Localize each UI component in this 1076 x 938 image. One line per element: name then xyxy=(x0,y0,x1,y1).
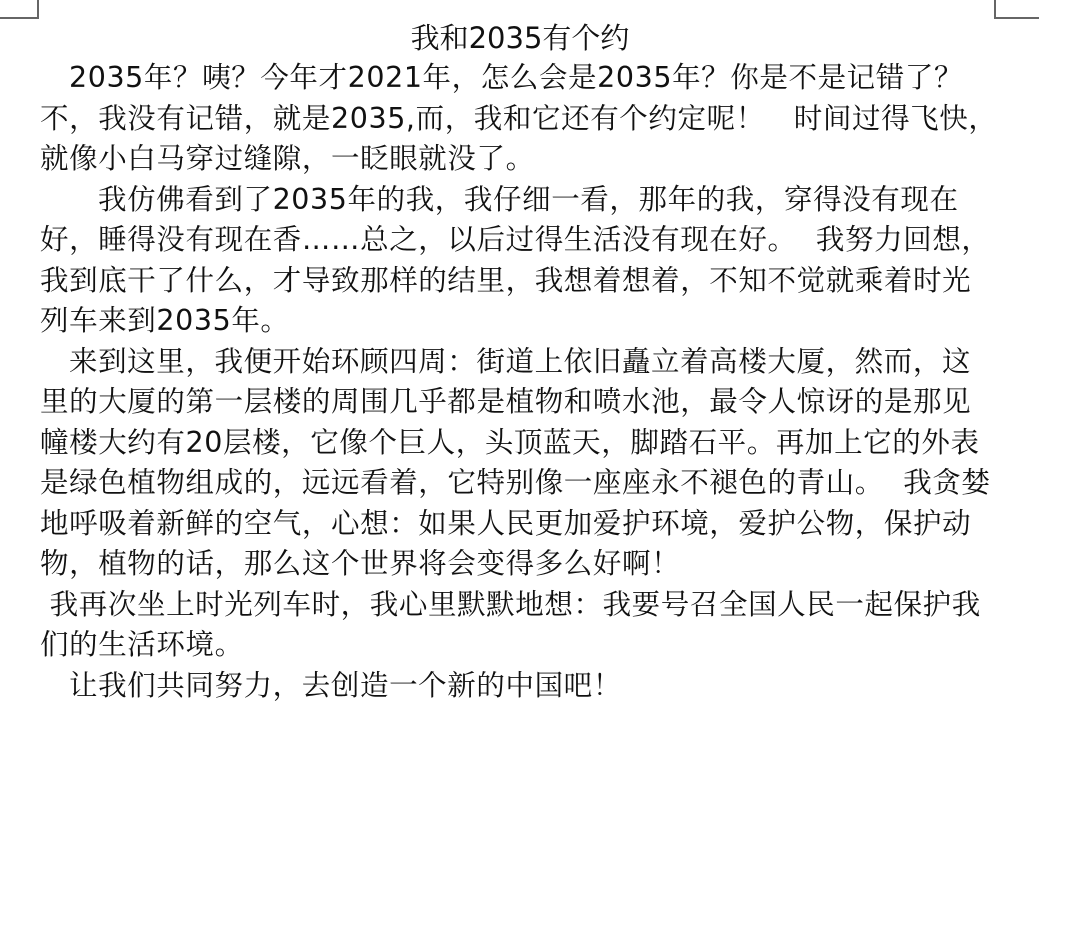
page-corner-mark-left xyxy=(0,0,39,19)
paragraph-2: 我仿佛看到了2035年的我，我仔细一看，那年的我，穿得没有现在好，睡得没有现在香… xyxy=(40,180,1000,342)
paragraph-5: 让我们共同努力，去创造一个新的中国吧！ xyxy=(40,666,1000,707)
paragraph-4: 我再次坐上时光列车时，我心里默默地想：我要号召全国人民一起保护我们的生活环境。 xyxy=(40,585,1000,666)
page-corner-mark-right xyxy=(994,0,1039,19)
paragraph-1: 2035年？咦？今年才2021年，怎么会是2035年？你是不是记错了？不，我没有… xyxy=(40,58,1000,180)
document-title: 我和2035有个约 xyxy=(40,18,1000,58)
document-page: 我和2035有个约 2035年？咦？今年才2021年，怎么会是2035年？你是不… xyxy=(40,18,1000,706)
paragraph-3: 来到这里，我便开始环顾四周：街道上依旧矗立着高楼大厦，然而，这里的大厦的第一层楼… xyxy=(40,342,1000,585)
